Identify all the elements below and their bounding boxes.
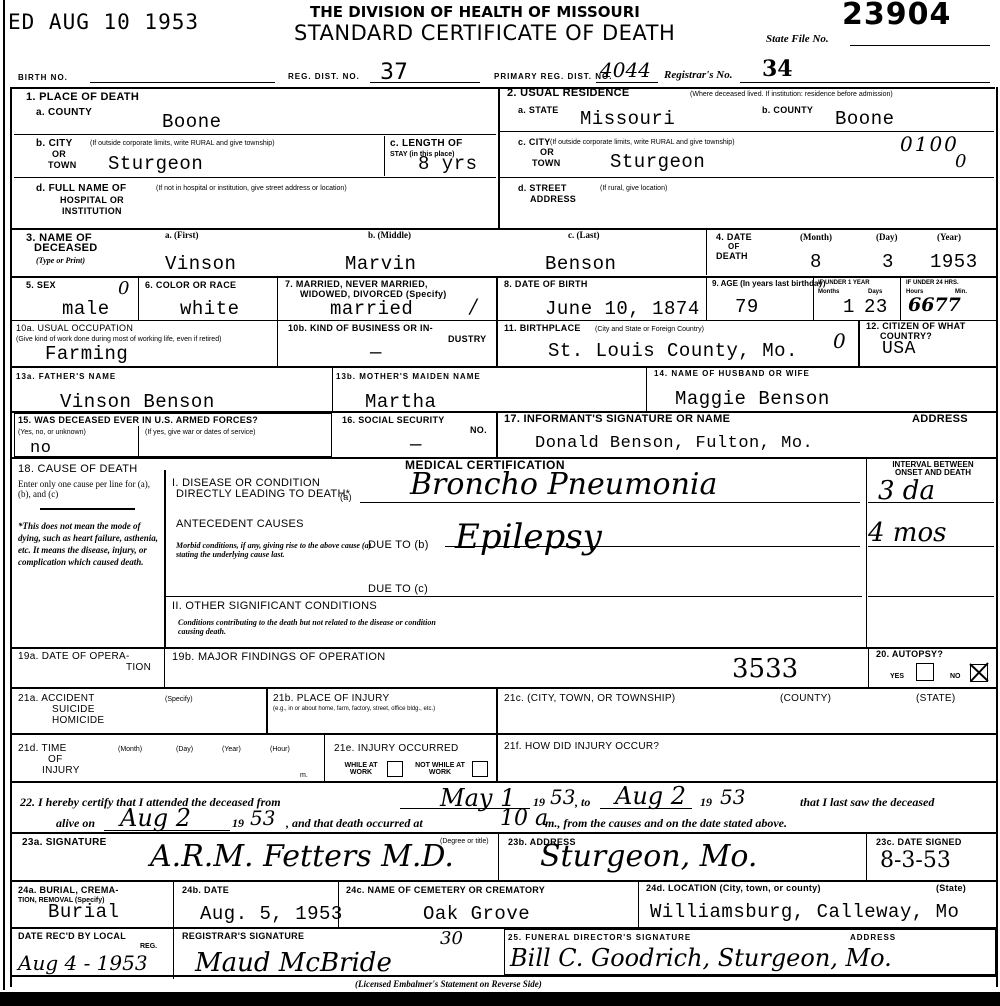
length-of-stay-value: 8 yrs [418,155,478,174]
usual-residence-note: (Where deceased lived. If institution: r… [690,91,893,98]
death-city-note: (If outside corporate limits, write RURA… [90,140,380,147]
registrar-code: 30 [440,930,463,948]
burial-type-value: Burial [48,903,119,922]
death-occurred-label: , and that death occurred at [286,816,423,831]
filed-stamp: ED AUG 10 1953 [8,10,199,34]
to-label: , to [575,795,590,810]
autopsy-yes-label: YES [890,673,904,680]
birthplace-note: (City and State or Foreign Country) [595,326,704,333]
armed-forces-service-note: (If yes, give war or dates of service) [145,429,255,436]
left-scan-edge [3,0,5,990]
injury-occurred-label: 21e. INJURY OCCURRED [334,744,459,754]
cause-of-death-label: 18. CAUSE OF DEATH [18,464,138,475]
operation-date-label2: TION [126,663,151,673]
injury-type-label2: SUICIDE [52,705,95,715]
death-date-label: 4. DATE [716,233,752,242]
spouse-name-value: Maggie Benson [675,390,830,409]
line-i-label2: DIRECTLY LEADING TO DEATH* [176,489,350,500]
primary-reg-value: 4044 [600,60,651,80]
alive-on-label: alive on [56,816,95,831]
residence-state-value: Missouri [580,110,675,129]
injury-type-label3: HOMICIDE [52,716,104,726]
hospital-note: (If not in hospital or institution, give… [156,185,347,192]
burial-date-label: 24b. DATE [182,886,229,895]
citizenship-value: USA [882,340,916,358]
days-value: 23 [864,298,888,317]
sex-value: male [62,300,110,319]
mother-maiden-name-value: Martha [365,393,436,412]
father-name-value: Vinson Benson [60,393,215,412]
antecedent-note: Morbid conditions, if any, giving rise t… [176,542,376,560]
death-month-value: 8 [810,253,822,272]
age-value: 79 [735,298,759,317]
degree-label: (Degree or title) [440,838,489,845]
state-file-label: State File No. [766,33,829,45]
citizenship-label: 12. CITIZEN OF WHAT [866,322,966,331]
hospital-label2: HOSPITAL OR [60,196,124,205]
place-of-death-heading: 1. PLACE OF DEATH [26,92,139,103]
injury-day-label: (Day) [176,746,193,753]
business-label: 10b. KIND OF BUSINESS OR IN- [288,324,433,333]
interval-a-value: 3 da [878,478,935,504]
birth-no-label: BIRTH NO. [18,74,68,82]
informant-value: Donald Benson, Fulton, Mo. [535,435,813,452]
birthplace-code: 0 [833,331,846,351]
sex-code: 0 [118,280,129,298]
certification-line2c: m., from the causes and on the date stat… [545,816,787,831]
physician-signature-label: 23a. SIGNATURE [22,838,107,848]
armed-forces-label: 15. WAS DECEASED EVER IN U.S. ARMED FORC… [18,416,258,425]
ssn-value: — [410,436,422,455]
autopsy-no-checkbox[interactable] [970,664,988,682]
residence-code-bottom: 0 [955,153,966,171]
alive-on-date: Aug 2 [120,806,191,830]
primary-reg-label: PRIMARY REG. DIST. NO. [494,73,612,81]
residence-city-or-label: OR [540,148,554,157]
name-of-deceased-label2: DECEASED [34,243,98,254]
to-year: 53 [720,787,745,807]
other-conditions-note: Conditions contributing to the death but… [178,619,458,637]
residence-code-top: 0100 [900,134,959,154]
last-name-label: c. (Last) [568,231,600,241]
death-time: 10 a [500,808,548,830]
residence-city-label: c. CITY [518,138,551,147]
checkmark-x-icon [968,661,990,683]
sex-label: 5. SEX [26,281,56,290]
residence-city-value: Sturgeon [610,153,705,172]
injury-time-label: 21d. TIME [18,744,67,754]
birth-date-label: 8. DATE OF BIRTH [504,280,588,289]
death-year-label: (Year) [937,233,961,243]
type-or-print-note: (Type or Print) [36,257,85,266]
from-year: 53 [550,787,575,807]
residence-town-label: TOWN [532,159,561,168]
physician-signature: A.R.M. Fetters M.D. [150,842,454,872]
date-signed-label: 23c. DATE SIGNED [876,838,962,847]
autopsy-yes-checkbox[interactable] [916,663,934,681]
certificate-number: 23904 [842,0,951,32]
death-day-label: (Day) [876,233,898,243]
date-signed-value: 8-3-53 [880,850,951,872]
line-a-tag: (a) [340,493,352,502]
business-label2: DUSTRY [448,335,486,344]
residence-state-label: a. STATE [518,106,559,115]
spouse-name-label: 14. NAME OF HUSBAND OR WIFE [654,370,810,378]
not-while-at-work-checkbox[interactable] [472,761,488,777]
death-city-or-label: OR [52,150,66,159]
injury-type-label: 21a. ACCIDENT [18,694,95,704]
last-name-value: Benson [545,255,616,274]
physician-address: Sturgeon, Mo. [540,842,757,872]
injury-place-note: (e.g., in or about home, farm, factory, … [273,706,493,712]
cause-b-value: Epilepsy [455,520,602,554]
date-received-value: Aug 4 - 1953 [18,953,148,973]
alive-year-prefix: 19 [232,816,244,831]
registrar-no-value: 34 [762,58,793,80]
injury-type-specify: (Specify) [165,696,193,703]
burial-location-state-label: (State) [936,884,966,893]
injury-m-label: m. [300,772,308,779]
certification-line1b: that I last saw the deceased [800,795,934,810]
months-value: 1 [843,298,855,317]
death-day-value: 3 [882,253,894,272]
registrar-no-label: Registrar's No. [664,69,732,81]
death-county-label: a. COUNTY [36,108,92,118]
cemetery-value: Oak Grove [423,905,530,924]
death-town-label: TOWN [48,161,77,170]
not-while-at-work-label: NOT WHILE AT WORK [410,762,470,777]
to-year-prefix: 19 [700,795,712,810]
under-24-hrs-label: IF UNDER 24 HRS. [906,280,959,286]
injury-hour-label: (Hour) [270,746,290,753]
residence-city-note: (If outside corporate limits, write RURA… [550,139,735,146]
autopsy-label: 20. AUTOPSY? [876,650,943,659]
due-to-b-label: DUE TO (b) [368,540,429,551]
residence-street-label: d. STREET [518,184,567,193]
business-value: — [370,344,382,363]
middle-name-label: b. (Middle) [368,231,411,241]
days-label: Days [868,289,882,295]
occupation-value: Farming [45,345,128,364]
funeral-director-address-label: ADDRESS [850,934,896,942]
marital-code: / [470,296,477,316]
operation-code: 3533 [732,656,798,682]
funeral-director-label: 25. FUNERAL DIRECTOR'S SIGNATURE [508,934,691,942]
division-heading: THE DIVISION OF HEALTH OF MISSOURI [310,3,640,21]
date-received-label2: REG. [140,943,157,950]
injury-time-label2: OF [48,755,63,765]
hospital-label3: INSTITUTION [62,207,122,216]
autopsy-no-label: NO [950,673,961,680]
injury-place-label: 21b. PLACE OF INJURY [273,694,389,704]
marital-status-label: 7. MARRIED, NEVER MARRIED, [285,280,428,289]
first-name-value: Vinson [165,255,236,274]
operation-date-label: 19a. DATE OF OPERA- [18,652,130,662]
funeral-director-signature: Bill C. Goodrich, Sturgeon, Mo. [510,946,892,970]
registrar-signature: Maud McBride [195,950,392,976]
injury-year-label: (Year) [222,746,241,753]
residence-street-note: (If rural, give location) [600,185,667,192]
death-city-label: b. CITY [36,139,73,149]
attended-to-date: Aug 2 [615,784,686,808]
death-year-value: 1953 [930,253,978,272]
death-date-label2: OF [728,243,740,251]
alive-year: 53 [250,808,275,828]
residence-county-value: Boone [835,110,895,129]
mother-maiden-name-label: 13b. MOTHER'S MAIDEN NAME [336,373,481,381]
middle-name-value: Marvin [345,255,416,274]
months-label: Months [818,289,839,295]
other-conditions-label: II. OTHER SIGNIFICANT CONDITIONS [172,601,377,612]
burial-location-label: 24d. LOCATION (City, town, or county) [646,884,821,893]
document-title: STANDARD CERTIFICATE OF DEATH [294,21,675,45]
injury-location-label: 21c. (CITY, TOWN, OR TOWNSHIP) [504,694,675,704]
informant-label: 17. INFORMANT'S SIGNATURE OR NAME [504,414,730,425]
injury-month-label: (Month) [118,746,142,753]
marital-status-value: married [330,300,413,319]
injury-state-label: (STATE) [916,694,956,704]
race-value: white [180,300,240,319]
antecedent-causes-label: ANTECEDENT CAUSES [176,519,304,530]
hours-code: 6677 [908,296,961,315]
cause-a-value: Broncho Pneumonia [410,470,717,500]
birthplace-value: St. Louis County, Mo. [548,342,798,361]
interval-b-value: 4 mos [868,520,946,546]
while-at-work-label: WHILE AT WORK [336,762,386,777]
embalmer-footnote: (Licensed Embalmer's Statement on Revers… [355,980,542,990]
birthplace-label: 11. BIRTHPLACE [504,324,581,333]
race-label: 6. COLOR OR RACE [145,281,236,290]
cause-note: Enter only one cause per line for (a), (… [18,480,160,500]
injury-time-label3: INJURY [42,766,80,776]
residence-address-label: ADDRESS [530,195,576,204]
cemetery-label: 24c. NAME OF CEMETERY OR CREMATORY [346,886,545,895]
ssn-label: 16. SOCIAL SECURITY [342,416,445,425]
reg-dist-label: REG. DIST. NO. [288,73,360,81]
scan-bottom-band [0,992,1000,1006]
hospital-label: d. FULL NAME OF [36,184,126,194]
while-at-work-checkbox[interactable] [387,761,403,777]
death-county-value: Boone [162,113,222,132]
birth-date-value: June 10, 1874 [545,300,700,319]
death-date-label3: DEATH [716,252,748,261]
first-name-label: a. (First) [165,231,199,241]
burial-type-label: 24a. BURIAL, CREMA- [18,886,119,895]
injury-county-label: (COUNTY) [780,694,831,704]
date-received-label: DATE REC'D BY LOCAL [18,932,126,941]
operation-findings-label: 19b. MAJOR FINDINGS OF OPERATION [172,652,386,663]
ssn-label2: NO. [470,426,487,435]
residence-county-label: b. COUNTY [762,106,813,115]
armed-forces-note: (Yes, no, or unknown) [18,429,86,436]
informant-address-label: ADDRESS [912,414,968,425]
cause-footnote: *This does not mean the mode of dying, s… [18,520,160,569]
age-label: 9. AGE (In years last birthday) [712,280,826,288]
under-1-year-label: IF UNDER 1 YEAR [818,280,870,286]
death-month-label: (Month) [800,233,832,243]
burial-date-value: Aug. 5, 1953 [200,905,343,924]
due-to-c-label: DUE TO (c) [368,584,428,595]
registrar-signature-label: REGISTRAR'S SIGNATURE [182,932,304,941]
occupation-label: 10a. USUAL OCCUPATION [16,324,133,333]
death-city-value: Sturgeon [108,155,203,174]
burial-location-value: Williamsburg, Calleway, Mo [650,903,959,922]
length-of-stay-label: c. LENGTH OF [390,139,463,149]
usual-residence-heading: 2. USUAL RESIDENCE [507,88,630,99]
injury-how-label: 21f. HOW DID INJURY OCCUR? [504,742,659,752]
father-name-label: 13a. FATHER'S NAME [16,373,116,381]
armed-forces-value: no [30,440,51,457]
